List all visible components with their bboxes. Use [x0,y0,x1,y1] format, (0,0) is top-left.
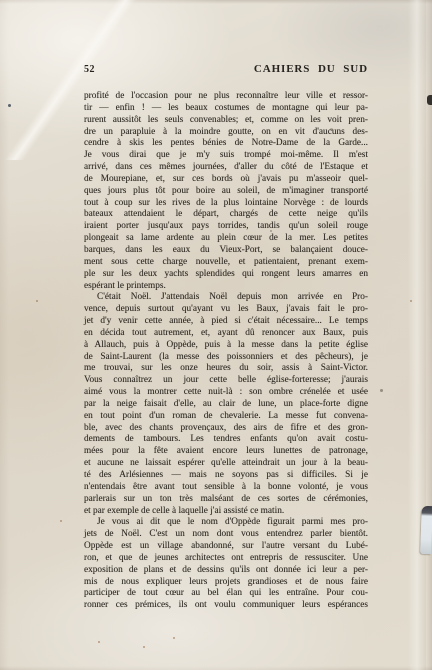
text-line: arrivé, dans ces mêmes journées, d'aller… [84,162,368,174]
paragraph: profité de l'occasion pour ne plus recon… [84,91,368,292]
paper-speck [410,300,412,302]
paper-speck [330,128,333,131]
text-line: bateaux attendaient le départ, chargés d… [84,209,368,221]
text-line: tout à coup sur les rives de la plus loi… [84,198,368,210]
text-line: ble, avec des chants provençaux, des air… [84,423,368,435]
paper-speck [60,520,62,522]
text-line: Je vous dirai que je m'y suis trompé moi… [84,150,368,162]
edge-ink-mark [427,95,432,105]
text-line: espérant le printemps. [84,281,368,293]
text-line: iraient porter jusqu'aux pays torrides, … [84,221,368,233]
text-line: C'était Noël. J'attendais Noël depuis mo… [84,292,368,304]
text-line: parlerais sur un ton très malséant de ce… [84,494,368,506]
text-line: tir — enfin ! — les beaux costumes de mo… [84,103,368,115]
text-line: ple sur les deux yachts splendides qui r… [84,269,368,281]
text-line: rurent aussitôt les seuls convenables; e… [84,115,368,127]
text-line: participer de tout cœur au bel élan qui … [84,588,368,600]
text-line: jet d'y venir cette année, à pied si c'é… [84,316,368,328]
page-number: 52 [84,64,95,75]
text-line: jets de Noël. C'est un nom dont vous ent… [84,529,368,541]
text-line: té des Arlésiennes — mais ne soyons pas … [84,470,368,482]
text-line: mis de nous expliquer leurs projets gran… [84,577,368,589]
paper-speck [98,641,100,643]
text-line: à Allauch, puis à Oppède, puis à la mess… [84,340,368,352]
text-line: et aucune ne laissait espérer qu'elle at… [84,458,368,470]
text-line: et par exemple de celle à laquelle j'ai … [84,506,368,518]
text-line: Je vous ai dit que le nom d'Oppède figur… [84,517,368,529]
text-line: mées pour la fête avaient encore leurs l… [84,446,368,458]
text-line: profité de l'occasion pour ne plus recon… [84,91,368,103]
text-line: Oppède est un village abandonné, sur l'a… [84,541,368,553]
text-line: de Mourepiane, et, sur ces bords où j'av… [84,174,368,186]
paper-speck [173,637,175,639]
text-line: en décida tout autrement, et, ayant dû r… [84,328,368,340]
paper-speck [380,389,383,392]
paper-speck [143,646,145,648]
text-line: ques jours plus tôt pour boire au soleil… [84,186,368,198]
text-line: aimé vous la montrer cette nuit-là : son… [84,387,368,399]
text-line: ment sous cette charge nouvelle, et pati… [84,257,368,269]
paragraph: Je vous ai dit que le nom d'Oppède figur… [84,517,368,612]
text-line: Vous connaîtrez un jour cette belle égli… [84,375,368,387]
paragraph: C'était Noël. J'attendais Noël depuis mo… [84,292,368,517]
ink-speck [8,104,11,107]
text-line: de Saint-Laurent (la messe des poissonni… [84,352,368,364]
text-line: n'entendais être avant tout sensible à l… [84,482,368,494]
text-line: plongeait sa lame ardente au plein cœur … [84,233,368,245]
paper-speck [300,545,302,547]
text-line: vence, depuis surtout qu'ayant vu les Ba… [84,304,368,316]
text-line: en tout point d'un roman de chevalerie. … [84,411,368,423]
paper-speck [36,300,38,302]
paper-fold-right [408,0,426,670]
text-line: ronner ces prémices, ils ont voulu commu… [84,600,368,612]
page-body-text: profité de l'occasion pour ne plus recon… [84,91,368,612]
book-page: 52 CAHIERS DU SUD profité de l'occasion … [0,0,432,670]
text-line: par la neige faisait d'elle, au clair de… [84,399,368,411]
text-line: cendre à skis les pentes bénies de Notre… [84,138,368,150]
paper-speck [270,230,272,232]
text-line: barques, dans les eaux du Vieux-Port, se… [84,245,368,257]
text-line: dements de tambours. Les tendres enfants… [84,434,368,446]
text-line: me trouvai, sur les onze heures du soir,… [84,363,368,375]
page-tear-artifact [420,506,432,554]
text-line: ron, et que de jeunes architectes ont en… [84,553,368,565]
journal-title: CAHIERS DU SUD [254,63,368,75]
text-line: dre un parapluie à la moindre goutte, on… [84,127,368,139]
text-line: exposition de plans et de dessins qu'ils… [84,565,368,577]
page-header: 52 CAHIERS DU SUD [84,63,368,75]
